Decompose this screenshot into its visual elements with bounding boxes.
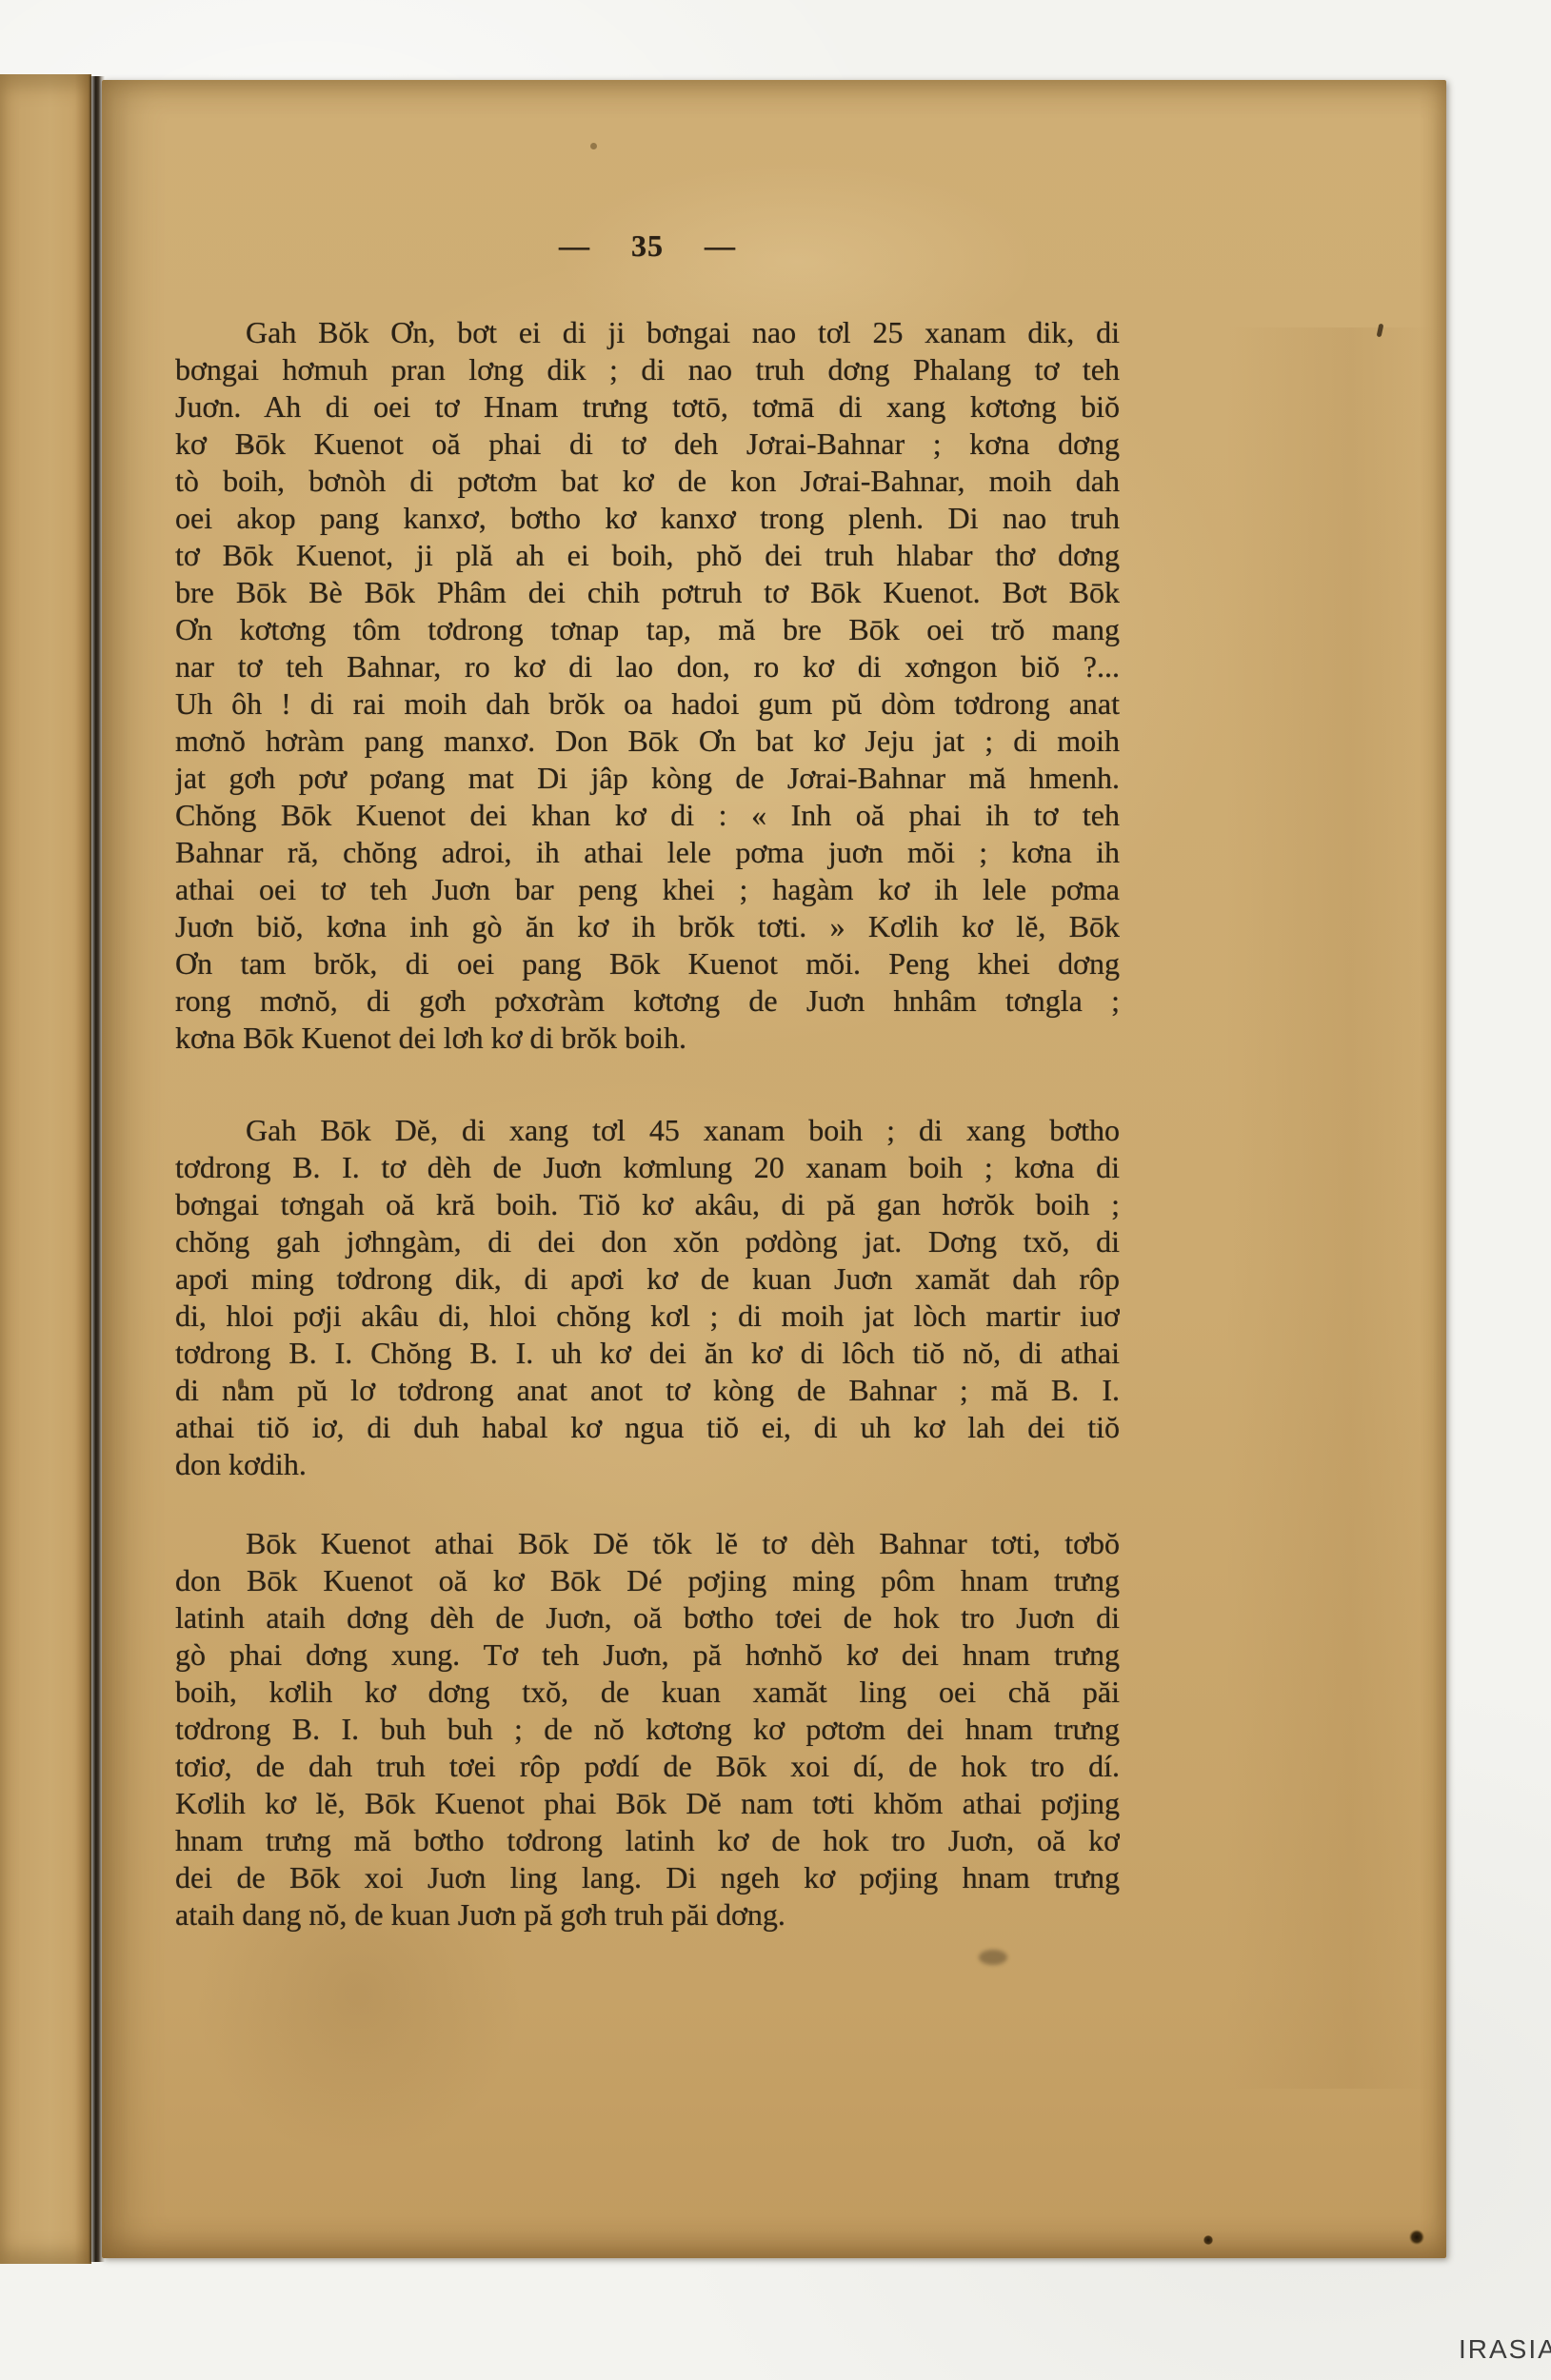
paper-stain	[1225, 327, 1435, 2089]
ink-speck	[238, 1378, 244, 1389]
text-line: tơdrong B. I. tơ dèh de Juơn kơmlung 20 …	[175, 1149, 1120, 1186]
text-line: tơ Bōk Kuenot, ji plă ah ei boih, phŏ de…	[175, 537, 1120, 574]
paragraph-3: Bōk Kuenot athai Bōk Dĕ tŏk lĕ tơ dèh Ba…	[175, 1525, 1120, 1934]
text-line: Juơn biŏ, kơna inh gò ăn kơ ih brŏk tơti…	[175, 908, 1120, 945]
wormhole-spot	[1409, 2230, 1424, 2245]
text-line: don Bōk Kuenot oă kơ Bōk Dé pơjing ming …	[175, 1562, 1120, 1599]
text-line: tơdrong B. I. Chŏng B. I. uh kơ dei ăn k…	[175, 1335, 1120, 1372]
text-line: rong mơnŏ, di gơh pơxơràm kơtơng de Juơn…	[175, 982, 1120, 1020]
page-number: — 35 —	[175, 228, 1120, 270]
text-line: di, hloi pơji akâu di, hloi chŏng kơl ; …	[175, 1298, 1120, 1335]
text-line: jat gơh pơư pơang mat Di jâp kòng de Jơr…	[175, 760, 1120, 797]
text-line: athai tiŏ iơ, di duh habal kơ ngua tiŏ e…	[175, 1409, 1120, 1446]
text-line: boih, kơlih kơ dơng txŏ, de kuan xamăt l…	[175, 1674, 1120, 1711]
text-line: kơna Bōk Kuenot dei lơh kơ di brŏk boih.	[175, 1020, 1120, 1057]
text-line: don kơdih.	[175, 1446, 1120, 1483]
text-line: tò boih, bơnòh di pơtơm bat kơ de kon Jơ…	[175, 463, 1120, 500]
text-line: gò phai dơng xung. Tơ teh Juơn, pă hơnhŏ…	[175, 1636, 1120, 1674]
text-line: hnam trưng mă bơtho tơdrong latinh kơ de…	[175, 1822, 1120, 1859]
text-line: di nam pŭ lơ tơdrong anat anot tơ kòng d…	[175, 1372, 1120, 1409]
text-line: bơngai tơngah oă kră boih. Tiŏ kơ akâu, …	[175, 1186, 1120, 1223]
text-line: bơngai hơmuh pran lơng dik ; di nao truh…	[175, 351, 1120, 388]
text-line: Juơn. Ah di oei tơ Hnam trưng tơtō, tơmā…	[175, 388, 1120, 426]
text-line: ataih dang nŏ, de kuan Juơn pă gơh truh …	[175, 1896, 1120, 1934]
text-line: Kơlih kơ lĕ, Bōk Kuenot phai Bōk Dĕ nam …	[175, 1785, 1120, 1822]
text-line: nar tơ teh Bahnar, ro kơ di lao don, ro …	[175, 648, 1120, 685]
text-line: dei de Bōk xoi Juơn ling lang. Di ngeh k…	[175, 1859, 1120, 1896]
text-line: Gah Bŏk Ơn, bơt ei di ji bơngai nao tơl …	[175, 314, 1120, 351]
text-line: kơ Bōk Kuenot oă phai di tơ deh Jơrai-Ba…	[175, 426, 1120, 463]
wormhole-spot	[1203, 2235, 1213, 2245]
text-line: latinh ataih dơng dèh de Juơn, oă bơtho …	[175, 1599, 1120, 1636]
text-line: Ơn tam brŏk, di oei pang Bōk Kuenot mŏi.…	[175, 945, 1120, 982]
paragraph-1: Gah Bŏk Ơn, bơt ei di ji bơngai nao tơl …	[175, 314, 1120, 1057]
text-line: tơdrong B. I. buh buh ; de nŏ kơtơng kơ …	[175, 1711, 1120, 1748]
archive-watermark: IRASIA	[1459, 2334, 1551, 2365]
text-line: Bōk Kuenot athai Bōk Dĕ tŏk lĕ tơ dèh Ba…	[175, 1525, 1120, 1562]
text-line: Bahnar ră, chŏng adroi, ih athai lele pơ…	[175, 834, 1120, 871]
smudge	[979, 1950, 1007, 1965]
text-line: chŏng gah jơhngàm, di dei don xŏn pơdòng…	[175, 1223, 1120, 1260]
text-line: Chŏng Bōk Kuenot dei khan kơ di : « Inh …	[175, 797, 1120, 834]
facing-page-edge	[0, 74, 91, 2264]
text-line: athai oei tơ teh Juơn bar peng khei ; ha…	[175, 871, 1120, 908]
text-line: tơiơ, de dah truh tơei rôp pơdí de Bōk x…	[175, 1748, 1120, 1785]
text-line: Ơn kơtơng tôm tơdrong tơnap tap, mă bre …	[175, 611, 1120, 648]
text-line: Uh ôh ! di rai moih dah brŏk oa hadoi gu…	[175, 685, 1120, 723]
text-line: apơi ming tơdrong dik, di apơi kơ de kua…	[175, 1260, 1120, 1298]
ink-speck	[590, 143, 597, 149]
scanned-book-page: { "colors": { "paper": "#ccaa70", "ink":…	[0, 0, 1551, 2380]
text-line: bre Bōk Bè Bōk Phâm dei chih pơtruh tơ B…	[175, 574, 1120, 611]
text-line: mơnŏ hơràm pang manxơ. Don Bōk Ơn bat kơ…	[175, 723, 1120, 760]
text-line: Gah Bōk Dĕ, di xang tơl 45 xanam boih ; …	[175, 1112, 1120, 1149]
paragraph-2: Gah Bōk Dĕ, di xang tơl 45 xanam boih ; …	[175, 1112, 1120, 1483]
text-line: oei akop pang kanxơ, bơtho kơ kanxơ tron…	[175, 500, 1120, 537]
ink-speck	[244, 444, 252, 448]
